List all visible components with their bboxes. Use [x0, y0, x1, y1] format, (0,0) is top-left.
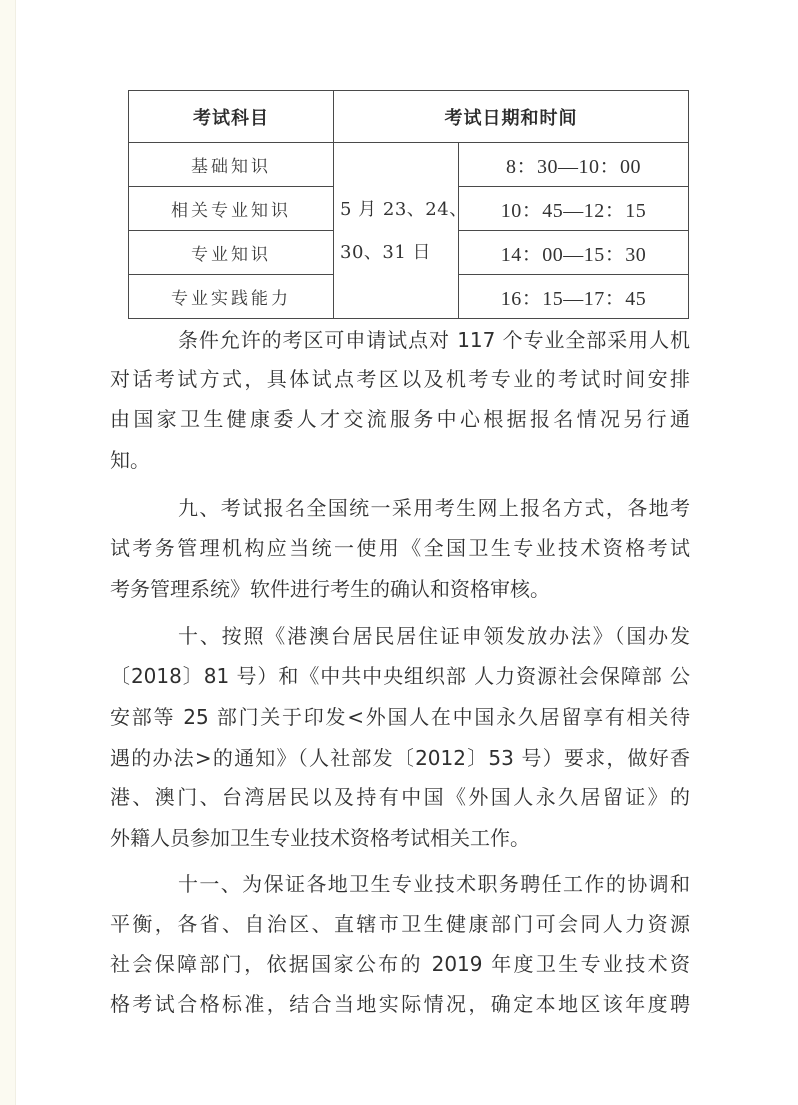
text-line: 对话考试方式，具体试点考区以及机考专业的考试时间安排 [110, 364, 690, 394]
text-line: 社会保障部门，依据国家公布的 2019 年度卫生专业技术资 [110, 949, 690, 979]
header-exam-subject: 考试科目 [129, 91, 334, 143]
text-line: 十一、为保证各地卫生专业技术职务聘任工作的协调和 [178, 869, 690, 899]
text-line: 由国家卫生健康委人才交流服务中心根据报名情况另行通 [110, 404, 690, 434]
text-line: 考务管理系统》软件进行考生的确认和资格审核。 [110, 574, 690, 604]
subject-cell: 基础知识 [129, 143, 334, 187]
table-header-row: 考试科目 考试日期和时间 [129, 91, 689, 143]
time-cell: 10：45—12：15 [459, 187, 689, 231]
subject-cell: 专业知识 [129, 231, 334, 275]
text-line: 〔2018〕81 号）和《中共中央组织部 人力资源社会保障部 公 [110, 661, 690, 691]
document-page: 考试科目 考试日期和时间 基础知识 5 月 23、24、 30、31 日 8：3… [0, 0, 798, 1105]
header-exam-date-time: 考试日期和时间 [334, 91, 689, 143]
text-line: 十、按照《港澳台居民居住证申领发放办法》（国办发 [178, 621, 690, 651]
table-row: 基础知识 5 月 23、24、 30、31 日 8：30—10：00 [129, 143, 689, 187]
text-line: 遇的办法>的通知》（人社部发〔2012〕53 号）要求，做好香 [110, 743, 690, 773]
text-line: 格考试合格标准，结合当地实际情况，确定本地区该年度聘 [110, 989, 690, 1019]
subject-cell: 专业实践能力 [129, 275, 334, 319]
text-line: 九、考试报名全国统一采用考生网上报名方式，各地考 [178, 493, 690, 523]
exam-date-cell: 5 月 23、24、 30、31 日 [334, 143, 459, 319]
time-cell: 16：15—17：45 [459, 275, 689, 319]
subject-cell: 相关专业知识 [129, 187, 334, 231]
text-line: 试考务管理机构应当统一使用《全国卫生专业技术资格考试 [110, 533, 690, 563]
exam-date-line: 30、31 日 [340, 231, 458, 274]
text-line: 外籍人员参加卫生专业技术资格考试相关工作。 [110, 823, 690, 853]
exam-date-line: 5 月 23、24、 [340, 188, 458, 231]
time-cell: 8：30—10：00 [459, 143, 689, 187]
text-line: 知。 [110, 445, 690, 475]
exam-schedule-table: 考试科目 考试日期和时间 基础知识 5 月 23、24、 30、31 日 8：3… [128, 90, 689, 319]
text-line: 平衡，各省、自治区、直辖市卫生健康部门可会同人力资源 [110, 909, 690, 939]
text-line: 安部等 25 部门关于印发<外国人在中国永久居留享有相关待 [110, 702, 690, 732]
time-cell: 14：00—15：30 [459, 231, 689, 275]
text-line: 港、澳门、台湾居民以及持有中国《外国人永久居留证》的 [110, 782, 690, 812]
text-line: 条件允许的考区可申请试点对 117 个专业全部采用人机 [178, 325, 690, 355]
